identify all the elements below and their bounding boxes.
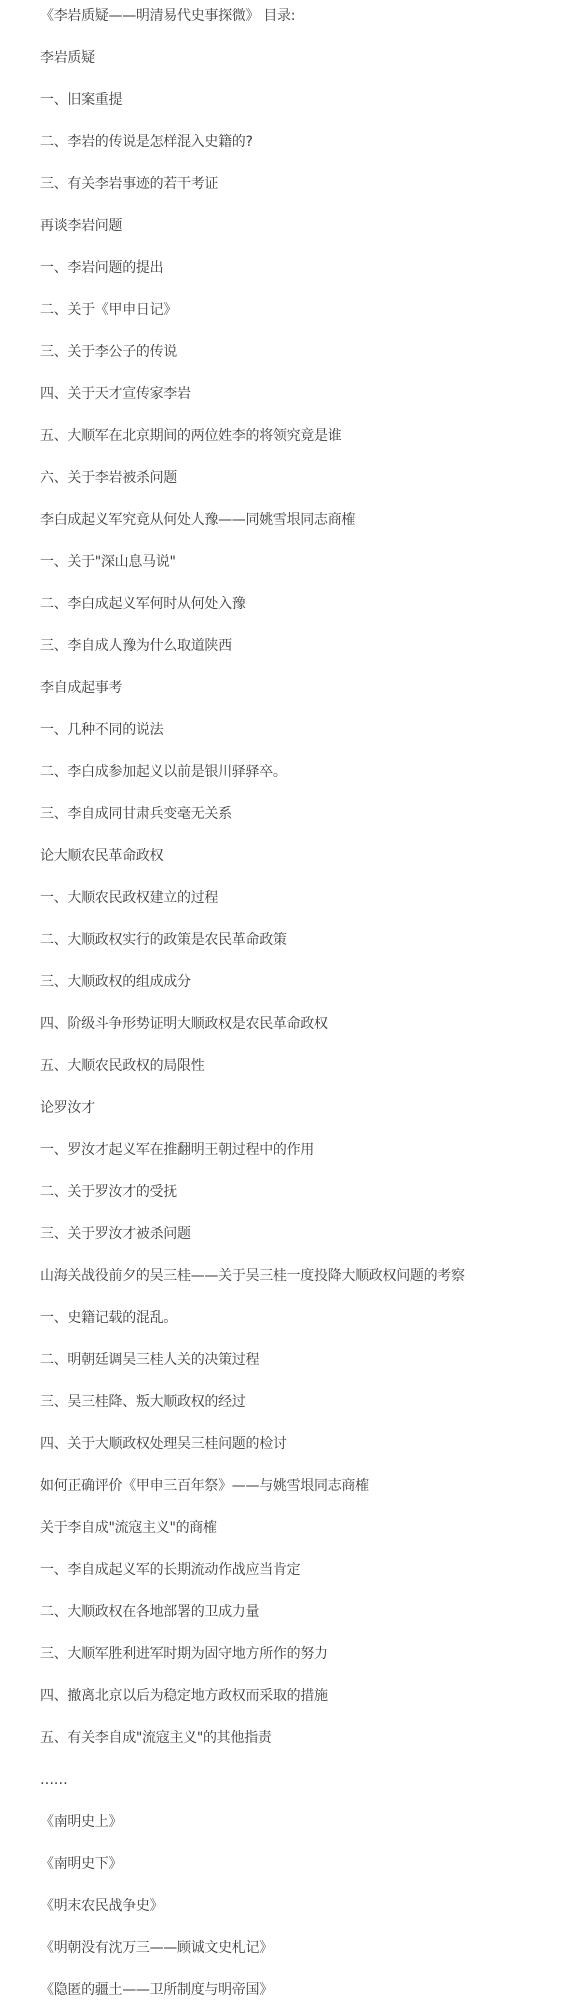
toc-item: 二、李白成起义军何时从何处入豫 xyxy=(40,597,568,612)
toc-item: 三、李自成人豫为什么取道陕西 xyxy=(40,639,568,654)
toc-item: 二、关于罗汝才的受抚 xyxy=(40,1185,568,1200)
toc-heading: 李岩质疑 xyxy=(40,51,568,66)
toc-item: 一、罗汝才起义军在推翻明王朝过程中的作用 xyxy=(40,1143,568,1158)
toc-heading: 李自成起事考 xyxy=(40,681,568,696)
toc-item: 二、明朝廷调吴三桂人关的决策过程 xyxy=(40,1353,568,1368)
book-title: 《明朝没有沈万三——顾诚文史札记》 xyxy=(40,1941,568,1956)
toc-document: 《李岩质疑——明清易代史事探微》 目录: 李岩质疑 一、旧案重提 二、李岩的传说… xyxy=(0,0,588,1998)
toc-item: 二、关于《甲申日记》 xyxy=(40,303,568,318)
toc-item: 四、关于天才宣传家李岩 xyxy=(40,387,568,402)
toc-item: 三、有关李岩事迹的若干考证 xyxy=(40,177,568,192)
toc-item: 五、有关李自成"流寇主义"的其他指责 xyxy=(40,1731,568,1746)
page-title: 《李岩质疑——明清易代史事探微》 目录: xyxy=(40,9,568,24)
toc-item: 二、大顺政权在各地部署的卫成力量 xyxy=(40,1605,568,1620)
toc-item: 三、吴三桂降、叛大顺政权的经过 xyxy=(40,1395,568,1410)
toc-item: 四、撤离北京以后为稳定地方政权而采取的措施 xyxy=(40,1689,568,1704)
toc-item: 二、大顺政权实行的政策是农民革命政策 xyxy=(40,933,568,948)
toc-item: 四、关于大顺政权处理吴三桂问题的检讨 xyxy=(40,1437,568,1452)
toc-item: 三、关于李公子的传说 xyxy=(40,345,568,360)
toc-heading: 李白成起义军究竟从何处人豫——同姚雪垠同志商榷 xyxy=(40,513,568,528)
book-title: 《明末农民战争史》 xyxy=(40,1899,568,1914)
toc-item: 一、李岩问题的提出 xyxy=(40,261,568,276)
toc-heading: 再谈李岩问题 xyxy=(40,219,568,234)
book-title: 《南明史上》 xyxy=(40,1815,568,1830)
toc-item: 三、李自成同甘肃兵变毫无关系 xyxy=(40,807,568,822)
toc-item: 二、李白成参加起义以前是银川驿驿卒。 xyxy=(40,765,568,780)
toc-item: 一、大顺农民政权建立的过程 xyxy=(40,891,568,906)
toc-item: 三、关于罗汝才被杀问题 xyxy=(40,1227,568,1242)
toc-item: 六、关于李岩被杀问题 xyxy=(40,471,568,486)
toc-heading: 论大顺农民革命政权 xyxy=(40,849,568,864)
book-title: 《隐匿的疆土——卫所制度与明帝国》 xyxy=(40,1983,568,1998)
toc-heading: 如何正确评价《甲申三百年祭》——与姚雪垠同志商榷 xyxy=(40,1479,568,1494)
toc-item: 一、关于"深山息马说" xyxy=(40,555,568,570)
toc-item: 五、大顺农民政权的局限性 xyxy=(40,1059,568,1074)
toc-item: 一、旧案重提 xyxy=(40,93,568,108)
book-title: 《南明史下》 xyxy=(40,1857,568,1872)
toc-ellipsis: …… xyxy=(40,1773,568,1788)
toc-item: 一、史籍记载的混乱。 xyxy=(40,1311,568,1326)
toc-heading: 关于李自成"流寇主义"的商榷 xyxy=(40,1521,568,1536)
toc-item: 五、大顺军在北京期间的两位姓李的将领究竟是谁 xyxy=(40,429,568,444)
toc-item: 一、李自成起义军的长期流动作战应当肯定 xyxy=(40,1563,568,1578)
toc-item: 三、大顺军胜利进军时期为固守地方所作的努力 xyxy=(40,1647,568,1662)
toc-heading: 山海关战役前夕的吴三桂——关于吴三桂一度投降大顺政权问题的考察 xyxy=(40,1269,568,1284)
toc-item: 四、阶级斗争形势证明大顺政权是农民革命政权 xyxy=(40,1017,568,1032)
toc-item: 三、大顺政权的组成成分 xyxy=(40,975,568,990)
toc-item: 一、几种不同的说法 xyxy=(40,723,568,738)
toc-heading: 论罗汝才 xyxy=(40,1101,568,1116)
toc-item: 二、李岩的传说是怎样混入史籍的? xyxy=(40,135,568,150)
